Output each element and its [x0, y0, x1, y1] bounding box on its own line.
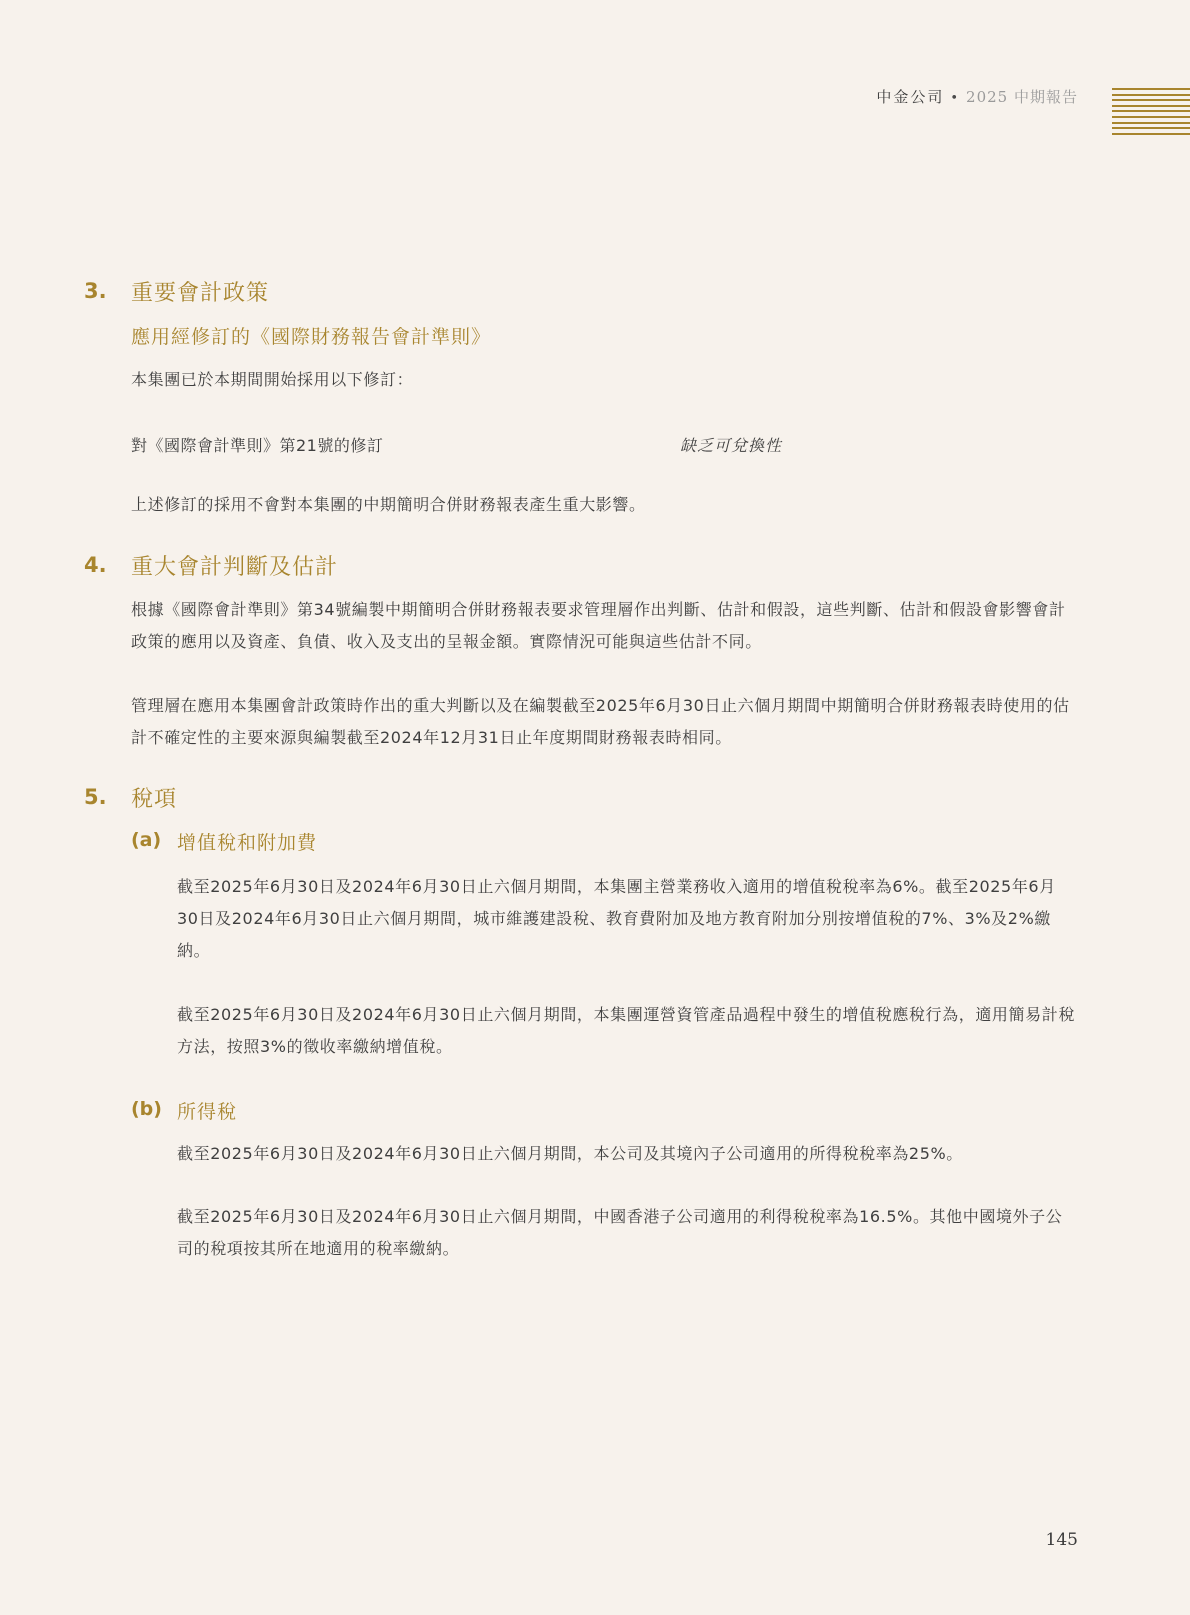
section-5-number: 5. — [84, 785, 107, 809]
subsection-a-paragraph: 截至2025年6月30日及2024年6月30日止六個月期間，本集團運營資管產品過… — [177, 999, 1077, 1063]
amendment-topic: 缺乏可兌換性 — [680, 433, 782, 456]
subsection-b-paragraph: 截至2025年6月30日及2024年6月30日止六個月期間，本公司及其境內子公司… — [177, 1138, 1077, 1170]
section-3-title: 重要會計政策 — [131, 276, 269, 307]
section-4-paragraph: 管理層在應用本集團會計政策時作出的重大判斷以及在編製截至2025年6月30日止六… — [131, 690, 1077, 754]
amendment-name: 對《國際會計準則》第21號的修訂 — [131, 433, 383, 456]
section-4-title: 重大會計判斷及估計 — [131, 550, 338, 581]
subsection-a-title: 增值稅和附加費 — [177, 828, 317, 855]
page-number: 145 — [1046, 1530, 1078, 1550]
separator-dot: • — [950, 91, 960, 106]
section-5-title: 稅項 — [131, 782, 177, 813]
section-3-conclusion: 上述修訂的採用不會對本集團的中期簡明合併財務報表產生重大影響。 — [131, 489, 1077, 521]
subsection-a-paragraph: 截至2025年6月30日及2024年6月30日止六個月期間，本集團主營業務收入適… — [177, 871, 1077, 967]
subsection-b-title: 所得稅 — [177, 1097, 237, 1124]
header-stripes-decoration — [1112, 88, 1190, 136]
section-3-subtitle: 應用經修訂的《國際財務報告會計準則》 — [131, 322, 491, 349]
section-3-number: 3. — [84, 279, 107, 303]
report-title: 2025 中期報告 — [966, 88, 1078, 106]
subsection-b-paragraph: 截至2025年6月30日及2024年6月30日止六個月期間，中國香港子公司適用的… — [177, 1201, 1077, 1265]
company-name: 中金公司 — [876, 88, 944, 106]
section-3-intro: 本集團已於本期間開始採用以下修訂： — [131, 364, 1077, 396]
section-4-paragraph: 根據《國際會計準則》第34號編製中期簡明合併財務報表要求管理層作出判斷、估計和假… — [131, 594, 1077, 658]
section-4-number: 4. — [84, 553, 107, 577]
running-header: 中金公司•2025 中期報告 — [876, 86, 1078, 107]
subsection-a-label: (a) — [131, 829, 161, 851]
subsection-b-label: (b) — [131, 1098, 162, 1120]
